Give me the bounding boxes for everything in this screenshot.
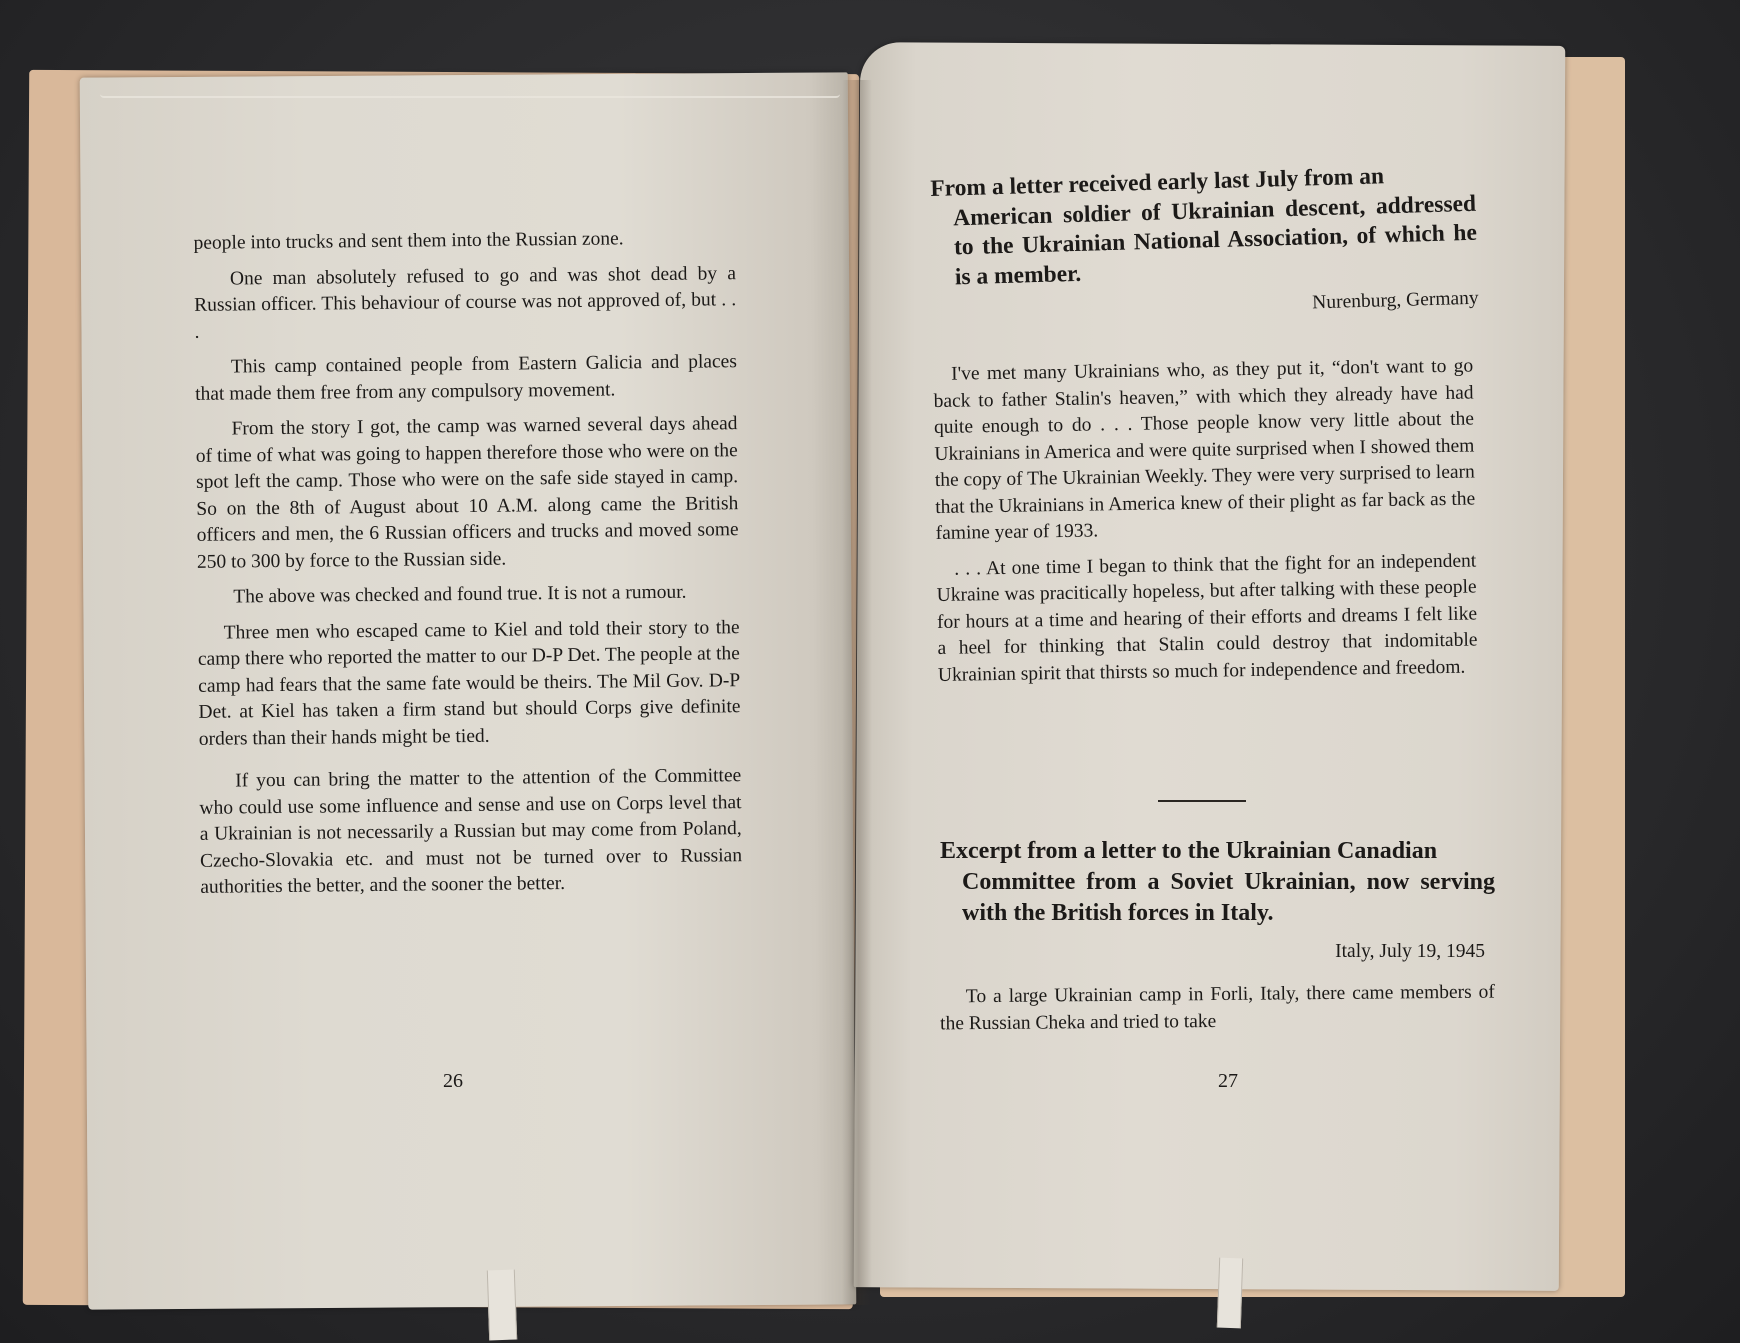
paragraph: I've met many Ukrainians who, as they pu… [933,354,1476,548]
paragraph: This camp contained people from Eastern … [195,349,738,408]
page-number-right: 27 [1218,1070,1238,1093]
paragraph: To a large Ukrainian camp in Forli, Ital… [940,979,1495,1037]
letter-place: Italy, July 19, 1945 [940,939,1495,966]
book-gutter [842,80,872,1305]
heading-line: Excerpt from a letter to the Ukrainian C… [940,838,1437,864]
letter-place: Nurenburg, Germany [934,286,1480,328]
page-tear-right [1217,1258,1243,1329]
heading-continuation: Committee from a Soviet Ukrainian, now s… [940,867,1495,929]
section-divider [1158,800,1246,802]
page-number-left: 26 [443,1070,463,1093]
paragraph: One man absolutely refused to go and was… [194,261,737,346]
page-tear-left [487,1270,517,1341]
paragraph: Three men who escaped came to Kiel and t… [198,615,741,753]
right-page-letter: I've met many Ukrainians who, as they pu… [933,354,1478,698]
right-page-body: From a letter received early last July f… [930,160,1480,358]
paragraph: If you can bring the matter to the atten… [199,763,742,901]
left-page-body: people into trucks and sent them into th… [193,225,742,910]
paragraph: . . . At one time I began to think that … [936,548,1478,689]
section-heading-2: Excerpt from a letter to the Ukrainian C… [940,836,1495,929]
page-top-edge [100,82,840,98]
section-heading-1: From a letter received early last July f… [930,160,1478,293]
paragraph: From the story I got, the camp was warne… [195,411,739,576]
divider-rule [1158,800,1246,802]
paragraph: people into trucks and sent them into th… [193,225,735,257]
heading-continuation: American soldier of Ukrainian descent, a… [931,189,1478,293]
paragraph: The above was checked and found true. It… [197,579,739,611]
right-page-section-2: Excerpt from a letter to the Ukrainian C… [940,836,1495,1044]
